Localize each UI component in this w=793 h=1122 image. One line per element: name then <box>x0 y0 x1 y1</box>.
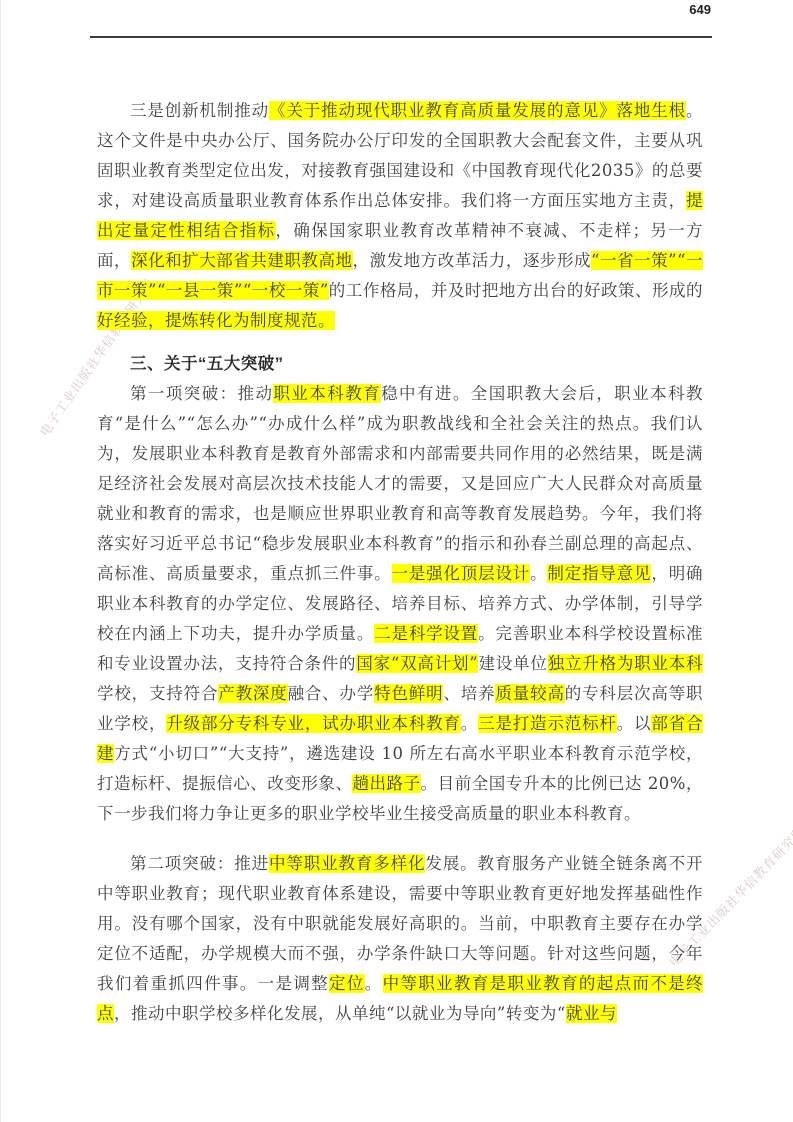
highlighted-text: 升级部分专科专业，试办职业本科教育 <box>166 714 461 733</box>
highlighted-text: 就业与 <box>566 1004 617 1023</box>
highlighted-text: 独立升格为职业本科 <box>548 654 703 673</box>
paragraph: 第一项突破：推动职业本科教育稳中有进。全国职教大会后，职业本科教育“是什么”“怎… <box>97 379 703 829</box>
text-run: 。 <box>530 564 547 583</box>
text-run: 第二项突破：推进 <box>130 854 269 873</box>
page-number: 649 <box>689 2 711 17</box>
highlighted-text: 制定指导意见 <box>547 564 651 583</box>
text-run: ，推动中职学校多样化发展，从单纯“以就业为导向”转变为“ <box>114 1004 566 1023</box>
paragraph: 第二项突破：推进中等职业教育多样化发展。教育服务产业链全链条离不开中等职业教育；… <box>97 849 703 1029</box>
highlighted-text: 国家“双高计划” <box>356 654 478 673</box>
text-run: 。 <box>461 714 478 733</box>
paragraph: 三是创新机制推动《关于推动现代职业教育高质量发展的意见》落地生根。这个文件是中央… <box>97 96 703 336</box>
text-run: 三是创新机制推动 <box>130 101 269 120</box>
highlighted-text: 二是科学设置 <box>374 624 478 643</box>
header-rule <box>90 36 712 38</box>
highlighted-text: 定位 <box>329 974 365 993</box>
text-run: ，激发地方改革活力，逐步形成 <box>353 251 591 270</box>
document-content: 三是创新机制推动《关于推动现代职业教育高质量发展的意见》落地生根。这个文件是中央… <box>97 96 703 1029</box>
text-run: 建设单位 <box>478 654 547 673</box>
text-run: 学校，支持符合 <box>97 684 218 703</box>
highlighted-text: 职业本科教育 <box>273 384 381 403</box>
text-run: 稳中有进。全国职教大会后，职业本科教育“是什么”“怎么办”“办成什么样”成为职教… <box>97 384 703 583</box>
highlighted-text: 中等职业教育多样化 <box>269 854 425 873</box>
highlighted-text: 产教深度 <box>218 684 287 703</box>
highlighted-text: 好经验，提炼转化为制度规范。 <box>97 311 335 330</box>
text-run: 。以 <box>617 714 652 733</box>
text-run: 融合、办学 <box>288 684 375 703</box>
highlighted-text: 质量较高 <box>495 684 564 703</box>
text-run: 的工作格局，并及时把地方出台的好政策、形成的 <box>329 281 703 300</box>
text-run: 。 <box>365 974 383 993</box>
highlighted-text: 一是强化顶层设计 <box>392 564 531 583</box>
highlighted-text: 深化和扩大部省共建职教高地 <box>131 251 352 270</box>
highlighted-text: 《关于推动现代职业教育高质量发展的意见》落地生根 <box>269 101 686 120</box>
highlighted-text: 趟出路子 <box>352 774 420 793</box>
highlighted-text: 特色鲜明 <box>374 684 443 703</box>
text-run: 、培养 <box>443 684 495 703</box>
highlighted-text: 三是打造示范标杆 <box>478 714 617 733</box>
text-run: 发展。教育服务产业链全链条离不开中等职业教育；现代职业教育体系建设，需要中等职业… <box>97 854 703 993</box>
document-page: 649 电子工业出版社华信教育研究所 三是创新机制推动《关于推动现代职业教育高质… <box>0 0 793 1122</box>
text-run: 第一项突破：推动 <box>130 384 273 403</box>
section-heading: 三、关于“五大突破” <box>97 349 703 379</box>
